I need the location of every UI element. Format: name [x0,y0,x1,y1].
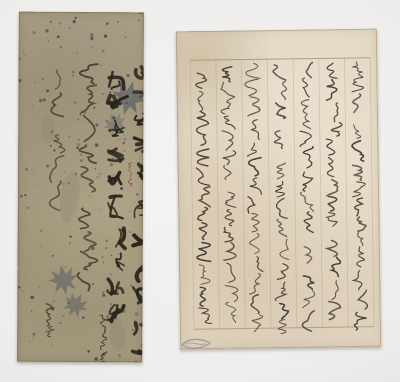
tanzaku-calligraphy-layer [17,12,144,363]
museum-photo-two-calligraphy-works: Photograph of two Japanese calligraphy w… [0,0,400,382]
tanzaku-poem-strip [17,12,144,363]
album-leaf-calligraphy-layer [176,29,381,350]
album-leaf-page [176,29,381,350]
